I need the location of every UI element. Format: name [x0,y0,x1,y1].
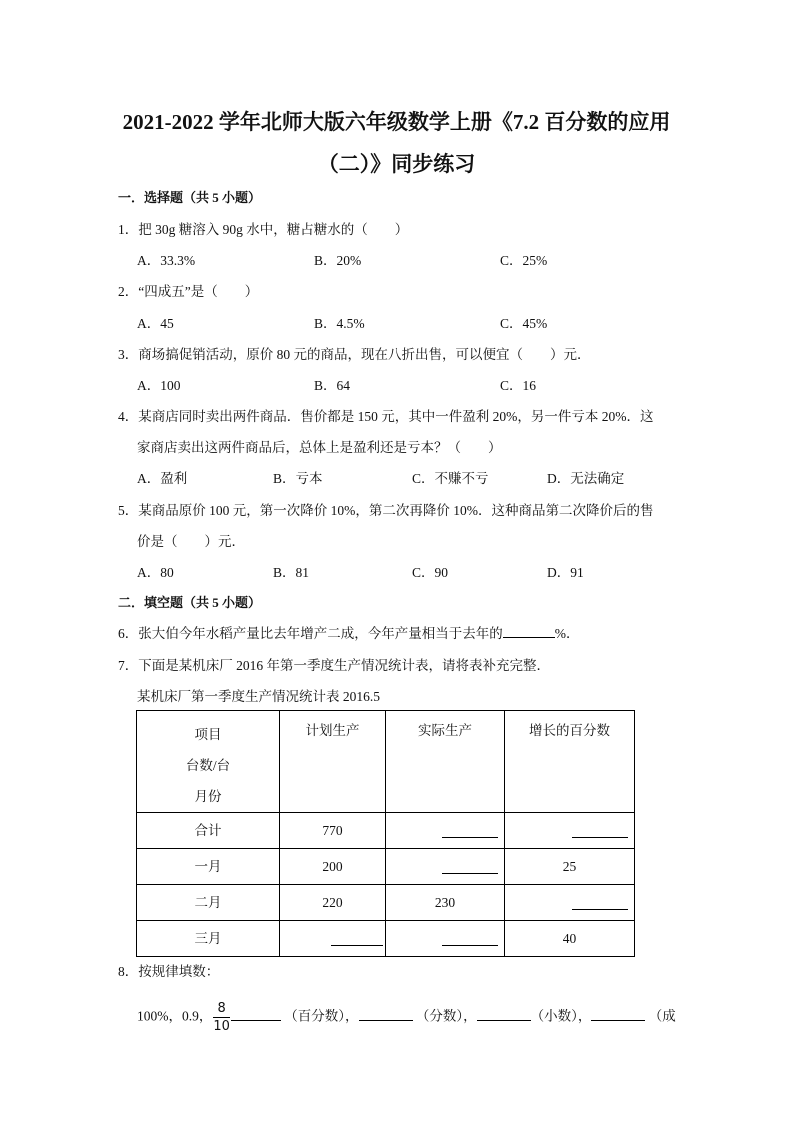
planned-cell[interactable] [280,921,386,957]
table-row: 三月 40 [137,921,635,957]
answer-blank[interactable] [503,636,555,638]
production-stats-table: 项目 台数/台 月份 计划生产 实际生产 增长的百分数 合计 770 一月 20… [136,710,635,957]
planned-cell: 220 [280,885,386,921]
header-planned: 计划生产 [280,711,386,813]
q1-option-c[interactable]: C．25% [500,249,547,269]
section-heading-fill-blank: 二．填空题（共 5 小题） [118,592,261,611]
growth-cell[interactable] [505,885,635,921]
question-number: 5． [118,503,138,518]
q5-option-b[interactable]: B．81 [273,561,309,581]
question-number: 4． [118,409,138,424]
actual-cell[interactable] [386,849,505,885]
question-4-continuation: 家商店卖出这两件商品后，总体上是盈利还是亏本？（ ） [137,436,502,456]
question-text: 某商品原价 100 元，第一次降价 10%，第二次再降价 10%．这种商品第二次… [138,503,653,518]
row-label: 二月 [137,885,280,921]
answer-blank[interactable] [442,945,498,946]
answer-blank[interactable] [572,837,628,838]
header-unit-label: 台数/台 [137,750,279,781]
answer-blank[interactable] [442,837,498,838]
answer-blank[interactable] [231,1019,281,1021]
actual-cell[interactable] [386,813,505,849]
q4-option-b[interactable]: B．亏本 [273,467,323,487]
header-item-label: 项目 [137,719,279,750]
q5-option-a[interactable]: A．80 [137,561,174,581]
blank-label-percent: （百分数）， [284,1009,358,1024]
planned-cell: 770 [280,813,386,849]
header-growth: 增长的百分数 [505,711,635,813]
q2-option-b[interactable]: B．4.5% [314,312,365,332]
document-title-line1: 2021-2022 学年北师大版六年级数学上册《7.2 百分数的应用 [0,106,793,136]
answer-blank[interactable] [359,1019,413,1021]
question-7: 7．下面是某机床厂 2016 年第一季度生产情况统计表，请将表补充完整． [118,654,550,674]
q4-option-c[interactable]: C．不赚不亏 [412,467,489,487]
question-text: 把 30g 糖溶入 90g 水中，糖占糖水的（ ） [138,222,408,237]
q3-option-b[interactable]: B．64 [314,374,350,394]
header-corner-cell: 项目 台数/台 月份 [137,711,280,813]
q5-option-d[interactable]: D．91 [547,561,584,581]
question-text-suffix: %． [555,626,580,641]
question-8: 8．按规律填数： [118,960,219,980]
question-1: 1．把 30g 糖溶入 90g 水中，糖占糖水的（ ） [118,218,408,238]
q3-option-c[interactable]: C．16 [500,374,536,394]
document-title-line2: （二）》同步练习 [0,148,793,178]
q3-option-a[interactable]: A．100 [137,374,181,394]
table-row: 一月 200 25 [137,849,635,885]
q2-option-a[interactable]: A．45 [137,312,174,332]
question-text: 下面是某机床厂 2016 年第一季度生产情况统计表，请将表补充完整． [138,658,550,673]
question-text: “四成五”是（ ） [138,284,258,299]
q4-option-d[interactable]: D．无法确定 [547,467,624,487]
table-row: 二月 220 230 [137,885,635,921]
question-3: 3．商场搞促销活动，原价 80 元的商品，现在八折出售，可以便宜（ ）元． [118,343,591,363]
fraction-numerator: 8 [213,1000,230,1018]
blank-label-decimal: （小数）， [531,1009,592,1024]
growth-cell: 25 [505,849,635,885]
question-text: 张大伯今年水稻产量比去年增产二成，今年产量相当于去年的 [138,626,503,641]
table-row: 合计 770 [137,813,635,849]
section-heading-choice: 一．选择题（共 5 小题） [118,187,261,206]
question-text: 某商店同时卖出两件商品．售价都是 150 元，其中一件盈利 20%，另一件亏本 … [138,409,653,424]
question-4: 4．某商店同时卖出两件商品．售价都是 150 元，其中一件盈利 20%，另一件亏… [118,405,654,425]
header-actual: 实际生产 [386,711,505,813]
question-8-sequence: 100%，0.9，810 （百分数）， （分数），（小数）， （成 [137,1000,676,1035]
answer-blank[interactable] [572,909,628,910]
actual-cell[interactable] [386,921,505,957]
question-number: 7． [118,658,138,673]
q2-option-c[interactable]: C．45% [500,312,547,332]
blank-label-cheng: （成 [649,1009,676,1024]
growth-cell: 40 [505,921,635,957]
sequence-start: 100%，0.9， [137,1009,212,1024]
growth-cell[interactable] [505,813,635,849]
fraction-denominator: 10 [213,1018,230,1035]
question-5-continuation: 价是（ ）元． [137,530,245,550]
q5-option-c[interactable]: C．90 [412,561,448,581]
planned-cell: 200 [280,849,386,885]
table-caption: 某机床厂第一季度生产情况统计表 2016.5 [137,685,380,705]
answer-blank[interactable] [331,945,383,946]
question-number: 3． [118,347,138,362]
question-text: 商场搞促销活动，原价 80 元的商品，现在八折出售，可以便宜（ ）元． [138,347,590,362]
header-month-label: 月份 [137,781,279,812]
question-number: 8． [118,964,138,979]
q4-option-a[interactable]: A．盈利 [137,467,187,487]
q1-option-a[interactable]: A．33.3% [137,249,195,269]
question-6: 6．张大伯今年水稻产量比去年增产二成，今年产量相当于去年的%． [118,622,580,642]
fraction: 810 [213,1000,230,1035]
answer-blank[interactable] [477,1019,531,1021]
table-header-row: 项目 台数/台 月份 计划生产 实际生产 增长的百分数 [137,711,635,813]
question-number: 1． [118,222,138,237]
row-label: 一月 [137,849,280,885]
answer-blank[interactable] [442,873,498,874]
question-2: 2．“四成五”是（ ） [118,280,258,300]
actual-cell: 230 [386,885,505,921]
q1-option-b[interactable]: B．20% [314,249,361,269]
question-text: 按规律填数： [138,964,219,979]
question-number: 6． [118,626,138,641]
question-number: 2． [118,284,138,299]
question-5: 5．某商品原价 100 元，第一次降价 10%，第二次再降价 10%．这种商品第… [118,499,654,519]
blank-label-fraction: （分数）， [416,1009,477,1024]
row-label: 三月 [137,921,280,957]
answer-blank[interactable] [591,1019,645,1021]
row-label: 合计 [137,813,280,849]
